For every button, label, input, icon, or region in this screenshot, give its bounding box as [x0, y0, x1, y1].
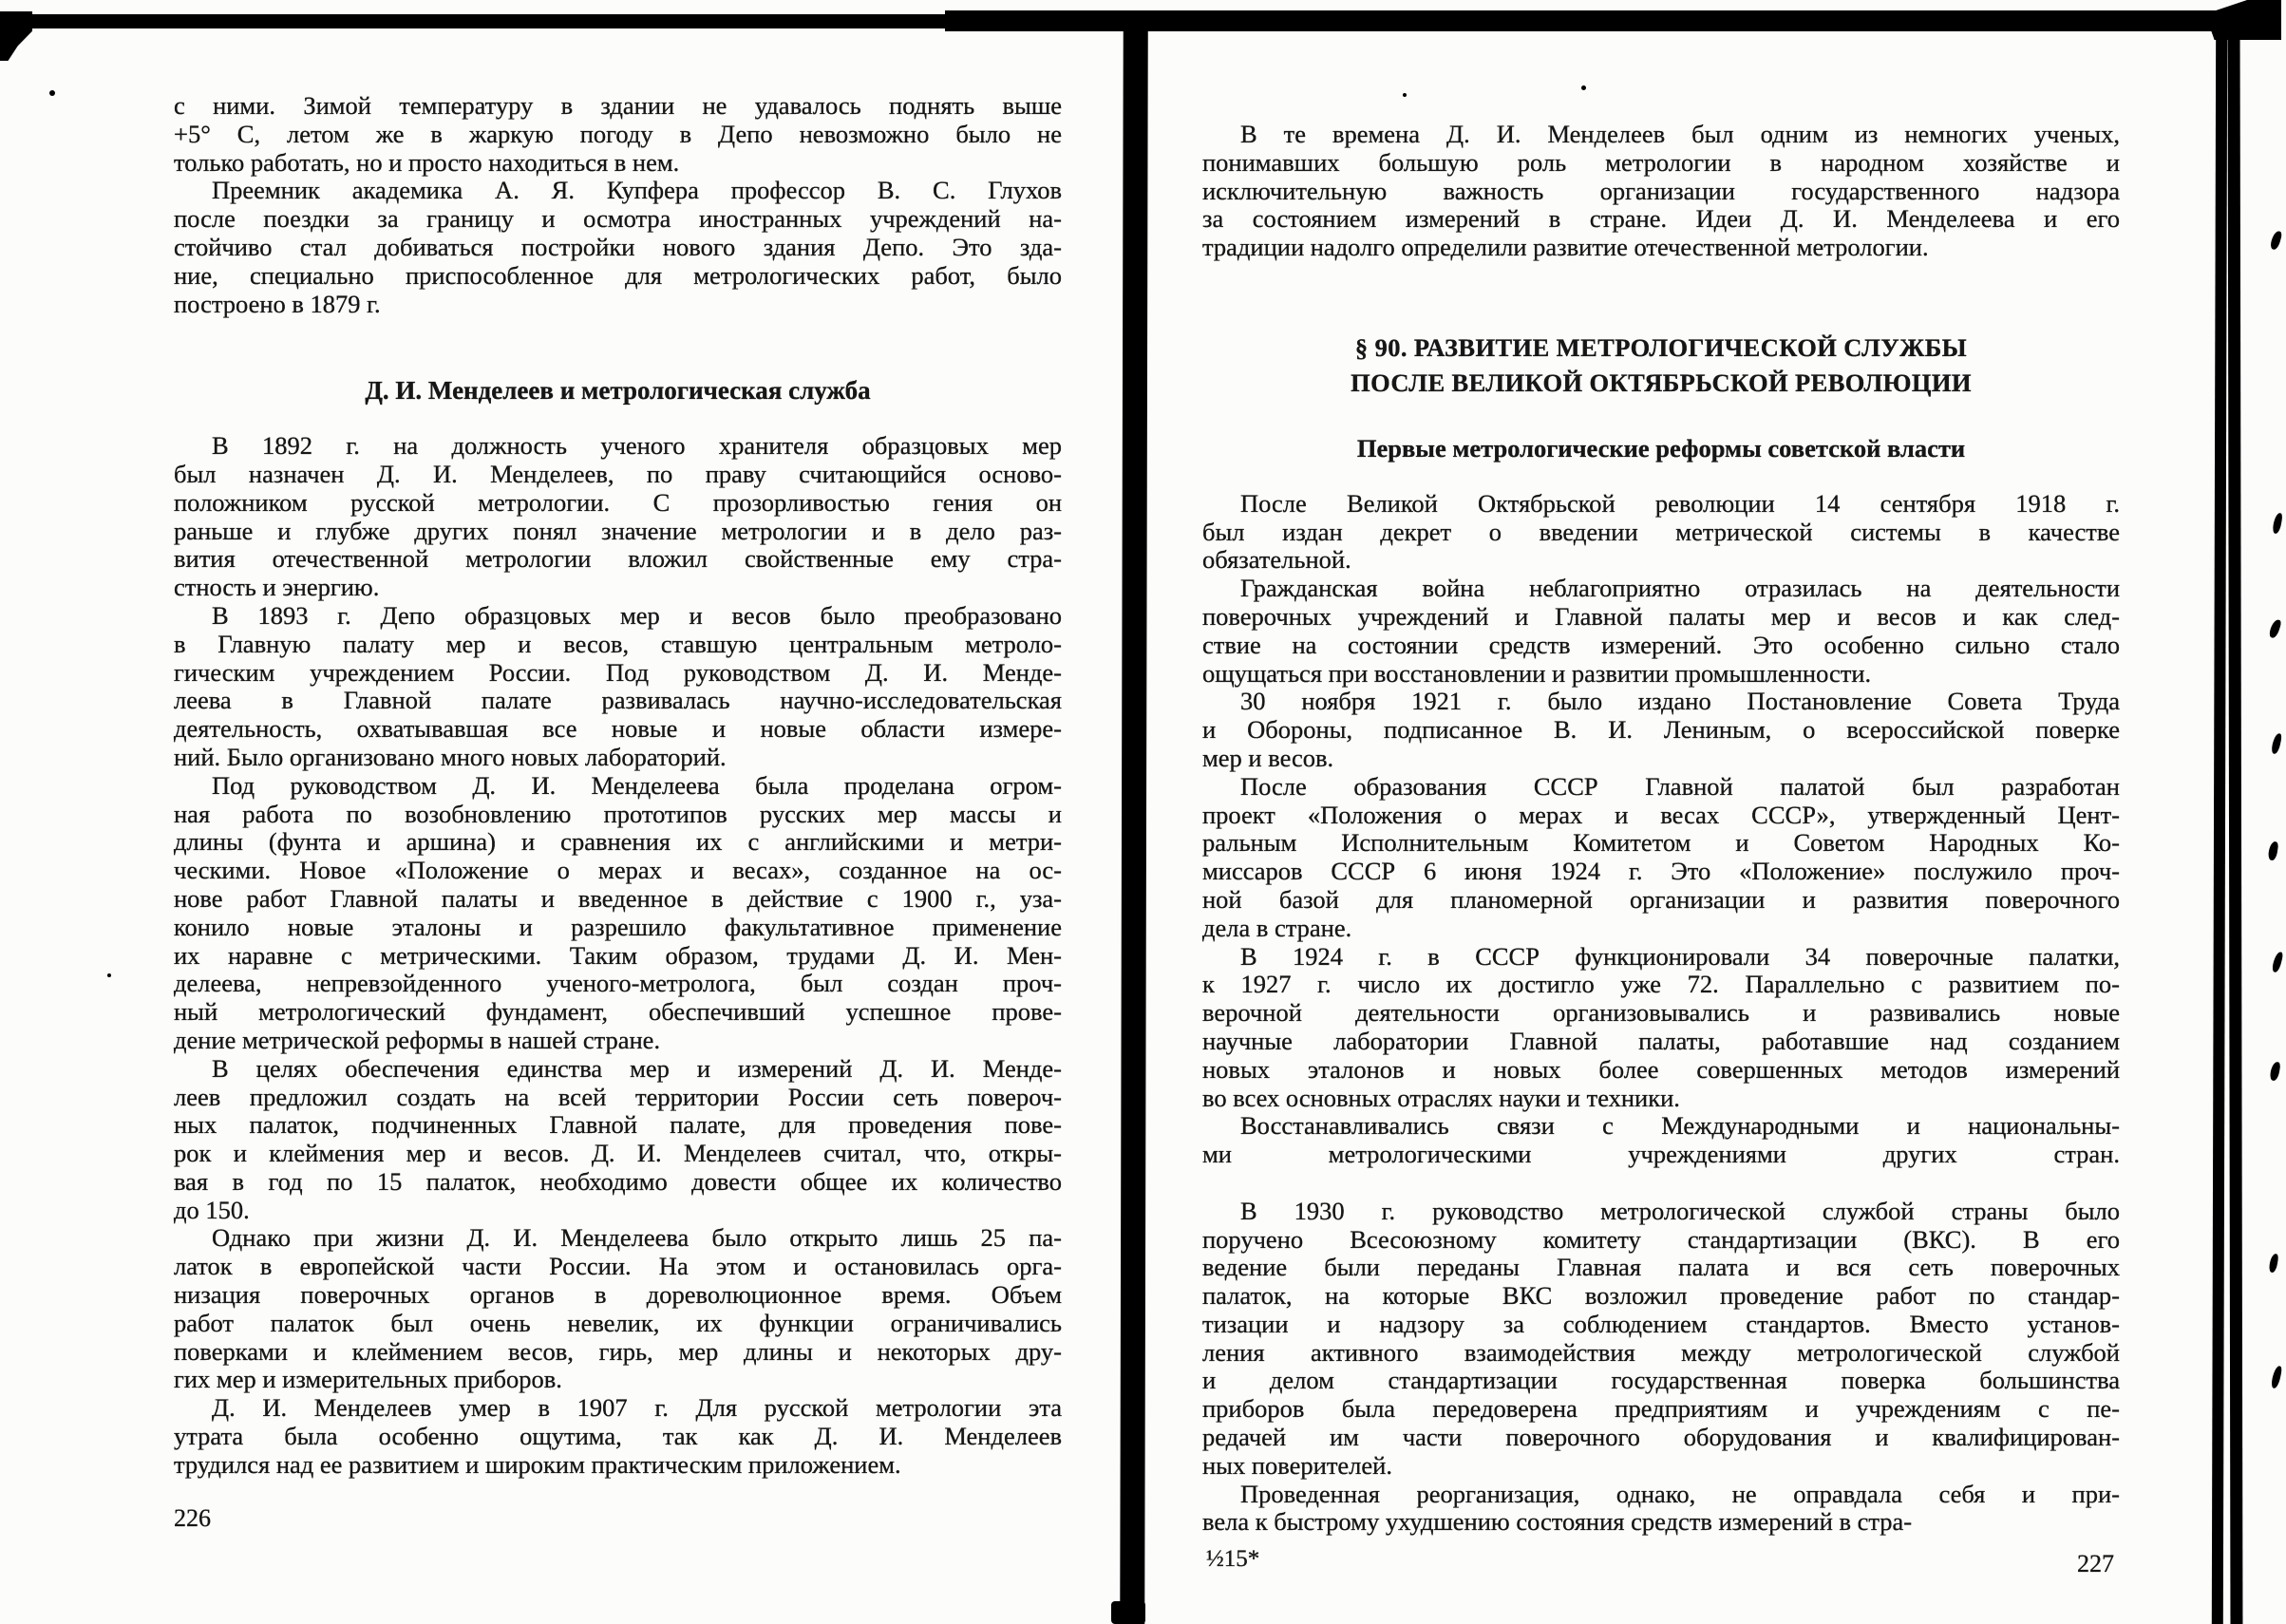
text-line: редачей им части поверочного оборудовани…: [1202, 1424, 2120, 1452]
text-line: низация поверочных органов в дореволюцио…: [174, 1281, 1062, 1310]
text-line: После образования СССР Главной палатой б…: [1202, 773, 2120, 802]
text-line: мер и весов.: [1202, 745, 2120, 773]
paragraph: Однако при жизни Д. И. Менделеева было о…: [174, 1224, 1062, 1394]
text-line: был издан декрет о введении метрической …: [1202, 519, 2120, 547]
text-line: В 1893 г. Депо образцовых мер и весов бы…: [174, 602, 1062, 631]
text-line: В 1924 г. в СССР функционировали 34 пове…: [1202, 943, 2120, 972]
text-line: с ними. Зимой температуру в здании не уд…: [174, 92, 1062, 121]
text-line: ной базой для планомерной организации и …: [1202, 886, 2120, 915]
text-line: стность и энергию.: [174, 574, 1062, 602]
right-page-number: 227: [2036, 1550, 2114, 1578]
heading: Д. И. Менделеев и метрологическая служба: [174, 377, 1062, 406]
printer-signature-mark: ½15*: [1206, 1546, 1259, 1573]
text-line: проект «Положения о мерах и весах СССР»,…: [1202, 802, 2120, 830]
text-line: ческими. Новое «Положение о мерах и веса…: [174, 857, 1062, 885]
text-line: гическим учреждением России. Под руковод…: [174, 659, 1062, 688]
text-line: Восстанавливались связи с Международными…: [1202, 1112, 2120, 1141]
scan-speck: [107, 973, 111, 977]
text-line: Проведенная реорганизация, однако, не оп…: [1202, 1481, 2120, 1509]
text-line: традиции надолго определили развитие оте…: [1202, 234, 2120, 262]
paragraph: В те времена Д. И. Менделеев был одним и…: [1202, 121, 2120, 262]
right-page-text-column: В те времена Д. И. Менделеев был одним и…: [1202, 121, 2120, 1537]
text-line: за состоянием измерений в стране. Идеи Д…: [1202, 205, 2120, 234]
text-line: к 1927 г. число их достигло уже 72. Пара…: [1202, 971, 2120, 999]
text-line: вая в год по 15 палаток, необходимо дове…: [174, 1168, 1062, 1197]
scan-speck: [1403, 93, 1407, 97]
text-line: делеева, непревзойденного ученого-метрол…: [174, 970, 1062, 998]
text-line: ления активного взаимодействия между мет…: [1202, 1339, 2120, 1368]
text-line: Первые метрологические реформы советской…: [1202, 435, 2120, 463]
text-line: ная работа по возобновлению прототипов р…: [174, 801, 1062, 829]
page-edge-mark: [2271, 951, 2283, 973]
text-line: ведение были переданы Главная палата и в…: [1202, 1254, 2120, 1282]
text-line: их наравне с метрическими. Таким образом…: [174, 942, 1062, 971]
paragraph: В 1930 г. руководство метрологической сл…: [1202, 1198, 2120, 1481]
scan-top-edge-left: [0, 14, 950, 28]
text-line: приборов была передоверена предприятиям …: [1202, 1395, 2120, 1424]
text-line: палаток, на которые ВКС возложил проведе…: [1202, 1282, 2120, 1311]
text-line: ний. Было организовано много новых лабор…: [174, 744, 1062, 772]
text-line: В целях обеспечения единства мер и измер…: [174, 1055, 1062, 1084]
text-line: был назначен Д. И. Менделеев, по праву с…: [174, 461, 1062, 489]
page-edge-mark: [2268, 1253, 2278, 1273]
text-line: обязательной.: [1202, 546, 2120, 575]
text-line: Под руководством Д. И. Менделеева была п…: [174, 772, 1062, 801]
text-line: ми метрологическими учреждениями других …: [1202, 1141, 2120, 1169]
text-line: дение метрической реформы в нашей стране…: [174, 1027, 1062, 1055]
text-line: исключительную важность организации госу…: [1202, 178, 2120, 206]
paragraph: Под руководством Д. И. Менделеева была п…: [174, 772, 1062, 1055]
text-line: рок и клеймения мер и весов. Д. И. Менде…: [174, 1140, 1062, 1168]
scan-speck: [49, 90, 55, 96]
text-line: ный метрологический фундамент, обеспечив…: [174, 998, 1062, 1027]
text-line: и делом стандартизации государственная п…: [1202, 1367, 2120, 1395]
text-line: тизации и надзору за соблюдением стандар…: [1202, 1311, 2120, 1339]
text-line: работ палаток был очень невелик, их функ…: [174, 1310, 1062, 1338]
text-line: ние, специально приспособленное для метр…: [174, 262, 1062, 291]
scan-right-edge-band: [2228, 25, 2243, 1624]
text-line: утрата была особенно ощутима, так как Д.…: [174, 1423, 1062, 1451]
page-edge-mark: [2271, 1365, 2283, 1388]
subheading: Первые метрологические реформы советской…: [1202, 435, 2120, 463]
text-line: поверками и клеймением весов, гирь, мер …: [174, 1338, 1062, 1367]
left-page-number: 226: [174, 1504, 211, 1533]
paragraph: 30 ноября 1921 г. было издано Постановле…: [1202, 688, 2120, 772]
paragraph: В 1924 г. в СССР функционировали 34 пове…: [1202, 943, 2120, 1113]
page-edge-mark: [2271, 732, 2282, 754]
page-edge-mark: [2268, 618, 2282, 639]
text-line: верочной деятельности организовывались и…: [1202, 999, 2120, 1028]
text-line: длины (фунта и аршина) и сравнения их с …: [174, 828, 1062, 857]
text-line: ральным Исполнительным Комитетом и Совет…: [1202, 829, 2120, 858]
paragraph: После образования СССР Главной палатой б…: [1202, 773, 2120, 943]
text-line: В 1930 г. руководство метрологической сл…: [1202, 1198, 2120, 1226]
text-line: построено в 1879 г.: [174, 291, 1062, 319]
text-line: дела в стране.: [1202, 915, 2120, 943]
text-line: Д. И. Менделеев умер в 1907 г. Для русск…: [174, 1394, 1062, 1423]
text-line: поручено Всесоюзному комитету стандартиз…: [1202, 1226, 2120, 1255]
text-line: нове работ Главной палаты и введенное в …: [174, 885, 1062, 914]
text-line: ощущаться при восстановлении и развитии …: [1202, 660, 2120, 689]
text-line: новых эталонов и новых более совершенных…: [1202, 1056, 2120, 1085]
scan-speck: [1581, 85, 1586, 90]
text-line: деятельность, охватывавшая все новые и н…: [174, 715, 1062, 744]
text-line: Д. И. Менделеев и метрологическая служба: [174, 377, 1062, 406]
text-line: ных палаток, подчиненных Главной палате,…: [174, 1111, 1062, 1140]
text-line: леев предложил создать на всей территори…: [174, 1084, 1062, 1112]
page-edge-mark: [2270, 230, 2283, 251]
text-line: научные лаборатории Главной палаты, рабо…: [1202, 1028, 2120, 1056]
text-line: 30 ноября 1921 г. было издано Постановле…: [1202, 688, 2120, 716]
text-line: вития отечественной метрологии вложил св…: [174, 545, 1062, 574]
text-line: положником русской метрологии. С прозорл…: [174, 489, 1062, 518]
text-line: Однако при жизни Д. И. Менделеева было о…: [174, 1224, 1062, 1253]
paragraph: Проведенная реорганизация, однако, не оп…: [1202, 1481, 2120, 1538]
paragraph: В 1893 г. Депо образцовых мер и весов бы…: [174, 602, 1062, 772]
text-line: После Великой Октябрьской революции 14 с…: [1202, 490, 2120, 519]
text-line: и Обороны, подписанное В. И. Лениным, о …: [1202, 716, 2120, 745]
paragraph: В целях обеспечения единства мер и измер…: [174, 1055, 1062, 1225]
paragraph: В 1892 г. на должность ученого хранителя…: [174, 432, 1062, 602]
left-page-text-column: с ними. Зимой температуру в здании не уд…: [174, 92, 1062, 1480]
paragraph: Гражданская война неблагоприятно отразил…: [1202, 575, 2120, 688]
text-line: раньше и глубже других понял значение ме…: [174, 518, 1062, 546]
page-edge-mark: [2269, 1061, 2280, 1081]
text-line: ствие на состоянии средств измерений. Эт…: [1202, 632, 2120, 660]
text-line: только работать, но и просто находиться …: [174, 149, 1062, 178]
text-line: поверочных учреждений и Главной палаты м…: [1202, 603, 2120, 632]
text-line: В 1892 г. на должность ученого хранителя…: [174, 432, 1062, 461]
book-gutter-shadow-foot: [1111, 1601, 1145, 1624]
text-line: В те времена Д. И. Менделеев был одним и…: [1202, 121, 2120, 149]
text-line: +5° С, летом же в жаркую погоду в Депо н…: [174, 121, 1062, 149]
text-line: конило новые эталоны и разрешило факульт…: [174, 914, 1062, 942]
text-line: ных поверителей.: [1202, 1452, 2120, 1481]
text-line: трудился над ее развитием и широким прак…: [174, 1451, 1062, 1480]
scan-corner-mark: [2205, 0, 2281, 40]
text-line: миссаров СССР 6 июня 1924 г. Это «Положе…: [1202, 858, 2120, 886]
book-gutter-shadow: [1120, 27, 1148, 1624]
paragraph: с ними. Зимой температуру в здании не уд…: [174, 92, 1062, 177]
text-line: ПОСЛЕ ВЕЛИКОЙ ОКТЯБРЬСКОЙ РЕВОЛЮЦИИ: [1202, 366, 2120, 401]
text-line: после поездки за границу и осмотра иност…: [174, 205, 1062, 234]
book-scan: с ними. Зимой температуру в здании не уд…: [0, 0, 2286, 1624]
text-line: Гражданская война неблагоприятно отразил…: [1202, 575, 2120, 603]
text-line: во всех основных отраслях науки и техник…: [1202, 1085, 2120, 1113]
paragraph: После Великой Октябрьской революции 14 с…: [1202, 490, 2120, 575]
text-line: латок в европейской части России. На это…: [174, 1253, 1062, 1281]
paragraph: Д. И. Менделеев умер в 1907 г. Для русск…: [174, 1394, 1062, 1479]
page-edge-mark: [2272, 512, 2283, 534]
text-line: понимавших большую роль метрологии в нар…: [1202, 149, 2120, 178]
paragraph: Восстанавливались связи с Международными…: [1202, 1112, 2120, 1197]
text-line: до 150.: [174, 1197, 1062, 1225]
text-line: вела к быстрому ухудшению состояния сред…: [1202, 1508, 2120, 1537]
text-line: § 90. РАЗВИТИЕ МЕТРОЛОГИЧЕСКОЙ СЛУЖБЫ: [1202, 330, 2120, 366]
text-line: стойчиво стал добиваться постройки новог…: [174, 234, 1062, 262]
text-line: гих мер и измерительных приборов.: [174, 1366, 1062, 1394]
scan-right-edge-band: [2212, 25, 2227, 1624]
text-line: [1202, 1169, 2120, 1198]
text-line: в Главную палату мер и весов, ставшую це…: [174, 631, 1062, 659]
paragraph: Преемник академика А. Я. Купфера професс…: [174, 177, 1062, 318]
section-heading: § 90. РАЗВИТИЕ МЕТРОЛОГИЧЕСКОЙ СЛУЖБЫПОС…: [1202, 330, 2120, 401]
page-edge-mark: [2268, 840, 2279, 860]
scan-corner-mark: [0, 11, 32, 61]
text-line: леева в Главной палате развивалась научн…: [174, 687, 1062, 715]
text-line: Преемник академика А. Я. Купфера професс…: [174, 177, 1062, 205]
